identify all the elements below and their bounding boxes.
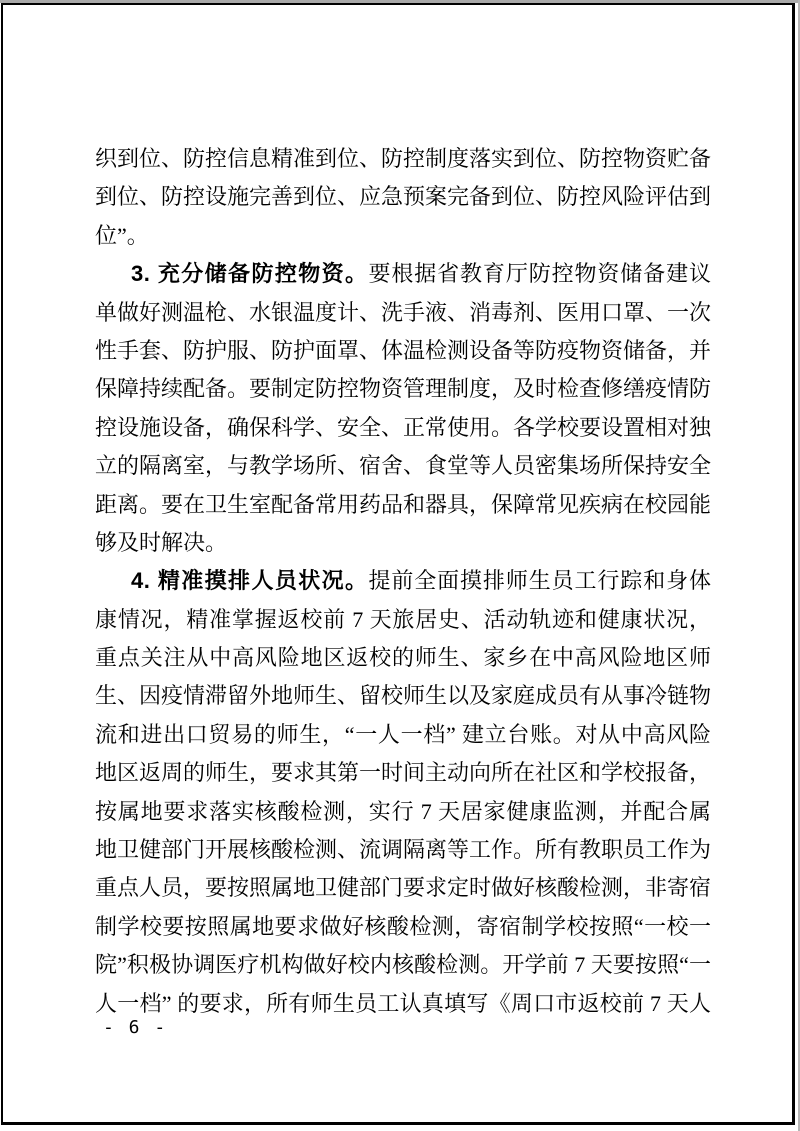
line-text: 位”。 — [95, 223, 149, 248]
line-text: 按属地要求落实核酸检测，实行 7 天居家健康监测，并配合属 — [95, 799, 711, 824]
section-heading: 4. 精准摸排人员状况。 — [131, 568, 368, 593]
text-line: 重点关注从中高风险地区返校的师生、家乡在中高风险地区师 — [95, 639, 711, 677]
text-line: 生、因疫情滞留外地师生、留校师生以及家庭成员有从事冷链物 — [95, 677, 711, 715]
line-text: 控设施设备，确保科学、安全、正常使用。各学校要设置相对独 — [95, 415, 711, 440]
page-number: - 6 - — [103, 1014, 167, 1042]
text-line: 流和进出口贸易的师生，“一人一档” 建立台账。对从中高风险 — [95, 716, 711, 754]
text-line: 重点人员，要按照属地卫健部门要求定时做好核酸检测，非寄宿 — [95, 869, 711, 907]
text-line: 地区返周的师生，要求其第一时间主动向所在社区和学校报备， — [95, 754, 711, 792]
line-text: 性手套、防护服、防护面罩、体温检测设备等防疫物资储备，并 — [95, 338, 711, 363]
document-body: 织到位、防控信息精准到位、防控制度落实到位、防控物资贮备到位、防控设施完善到位、… — [95, 140, 711, 1023]
text-line: 人一档” 的要求，所有师生员工认真填写《周口市返校前 7 天人 — [95, 985, 711, 1023]
line-text: 织到位、防控信息精准到位、防控制度落实到位、防控物资贮备 — [95, 146, 711, 171]
line-text: 康情况，精准掌握返校前 7 天旅居史、活动轨迹和健康状况， — [95, 607, 711, 632]
line-text: 人一档” 的要求，所有师生员工认真填写《周口市返校前 7 天人 — [95, 991, 711, 1016]
text-line: 保障持续配备。要制定防控物资管理制度，及时检查修缮疫情防 — [95, 370, 711, 408]
text-line: 3. 充分储备防控物资。要根据省教育厅防控物资储备建议清 — [95, 255, 711, 293]
line-text: 流和进出口贸易的师生，“一人一档” 建立台账。对从中高风险 — [95, 722, 711, 747]
text-line: 织到位、防控信息精准到位、防控制度落实到位、防控物资贮备 — [95, 140, 711, 178]
text-line: 到位、防控设施完善到位、应急预案完备到位、防控风险评估到 — [95, 178, 711, 216]
line-text: 重点关注从中高风险地区返校的师生、家乡在中高风险地区师 — [95, 645, 711, 670]
section-heading: 3. 充分储备防控物资。 — [131, 261, 368, 286]
text-line: 地卫健部门开展核酸检测、流调隔离等工作。所有教职员工作为 — [95, 831, 711, 869]
line-text: 立的隔离室，与教学场所、宿舍、食堂等人员密集场所保持安全 — [95, 453, 711, 478]
line-text: 重点人员，要按照属地卫健部门要求定时做好核酸检测，非寄宿 — [95, 875, 711, 900]
text-line: 院”积极协调医疗机构做好校内核酸检测。开学前 7 天要按照“一 — [95, 946, 711, 984]
line-text: 单做好测温枪、水银温度计、洗手液、消毒剂、医用口罩、一次 — [95, 300, 711, 325]
line-text: 院”积极协调医疗机构做好校内核酸检测。开学前 7 天要按照“一 — [95, 952, 711, 977]
line-text: 到位、防控设施完善到位、应急预案完备到位、防控风险评估到 — [95, 184, 711, 209]
line-text: 保障持续配备。要制定防控物资管理制度，及时检查修缮疫情防 — [95, 376, 711, 401]
line-text: 制学校要按照属地要求做好核酸检测，寄宿制学校按照“一校一 — [95, 914, 711, 939]
text-line: 按属地要求落实核酸检测，实行 7 天居家健康监测，并配合属 — [95, 793, 711, 831]
text-line: 4. 精准摸排人员状况。提前全面摸排师生员工行踪和身体健 — [95, 562, 711, 600]
text-line: 位”。 — [95, 217, 711, 255]
line-text: 够及时解决。 — [95, 530, 227, 555]
text-line: 性手套、防护服、防护面罩、体温检测设备等防疫物资储备，并 — [95, 332, 711, 370]
line-text: 地区返周的师生，要求其第一时间主动向所在社区和学校报备， — [95, 760, 711, 785]
text-line: 单做好测温枪、水银温度计、洗手液、消毒剂、医用口罩、一次 — [95, 294, 711, 332]
text-line: 控设施设备，确保科学、安全、正常使用。各学校要设置相对独 — [95, 409, 711, 447]
line-text: 生、因疫情滞留外地师生、留校师生以及家庭成员有从事冷链物 — [95, 683, 711, 708]
text-line: 够及时解决。 — [95, 524, 711, 562]
line-text: 距离。要在卫生室配备常用药品和器具，保障常见疾病在校园能 — [95, 492, 711, 517]
text-line: 制学校要按照属地要求做好核酸检测，寄宿制学校按照“一校一 — [95, 908, 711, 946]
text-line: 康情况，精准掌握返校前 7 天旅居史、活动轨迹和健康状况， — [95, 601, 711, 639]
text-line: 距离。要在卫生室配备常用药品和器具，保障常见疾病在校园能 — [95, 486, 711, 524]
scanned-page: 织到位、防控信息精准到位、防控制度落实到位、防控物资贮备到位、防控设施完善到位、… — [0, 0, 800, 1131]
text-line: 立的隔离室，与教学场所、宿舍、食堂等人员密集场所保持安全 — [95, 447, 711, 485]
line-text: 地卫健部门开展核酸检测、流调隔离等工作。所有教职员工作为 — [95, 837, 711, 862]
